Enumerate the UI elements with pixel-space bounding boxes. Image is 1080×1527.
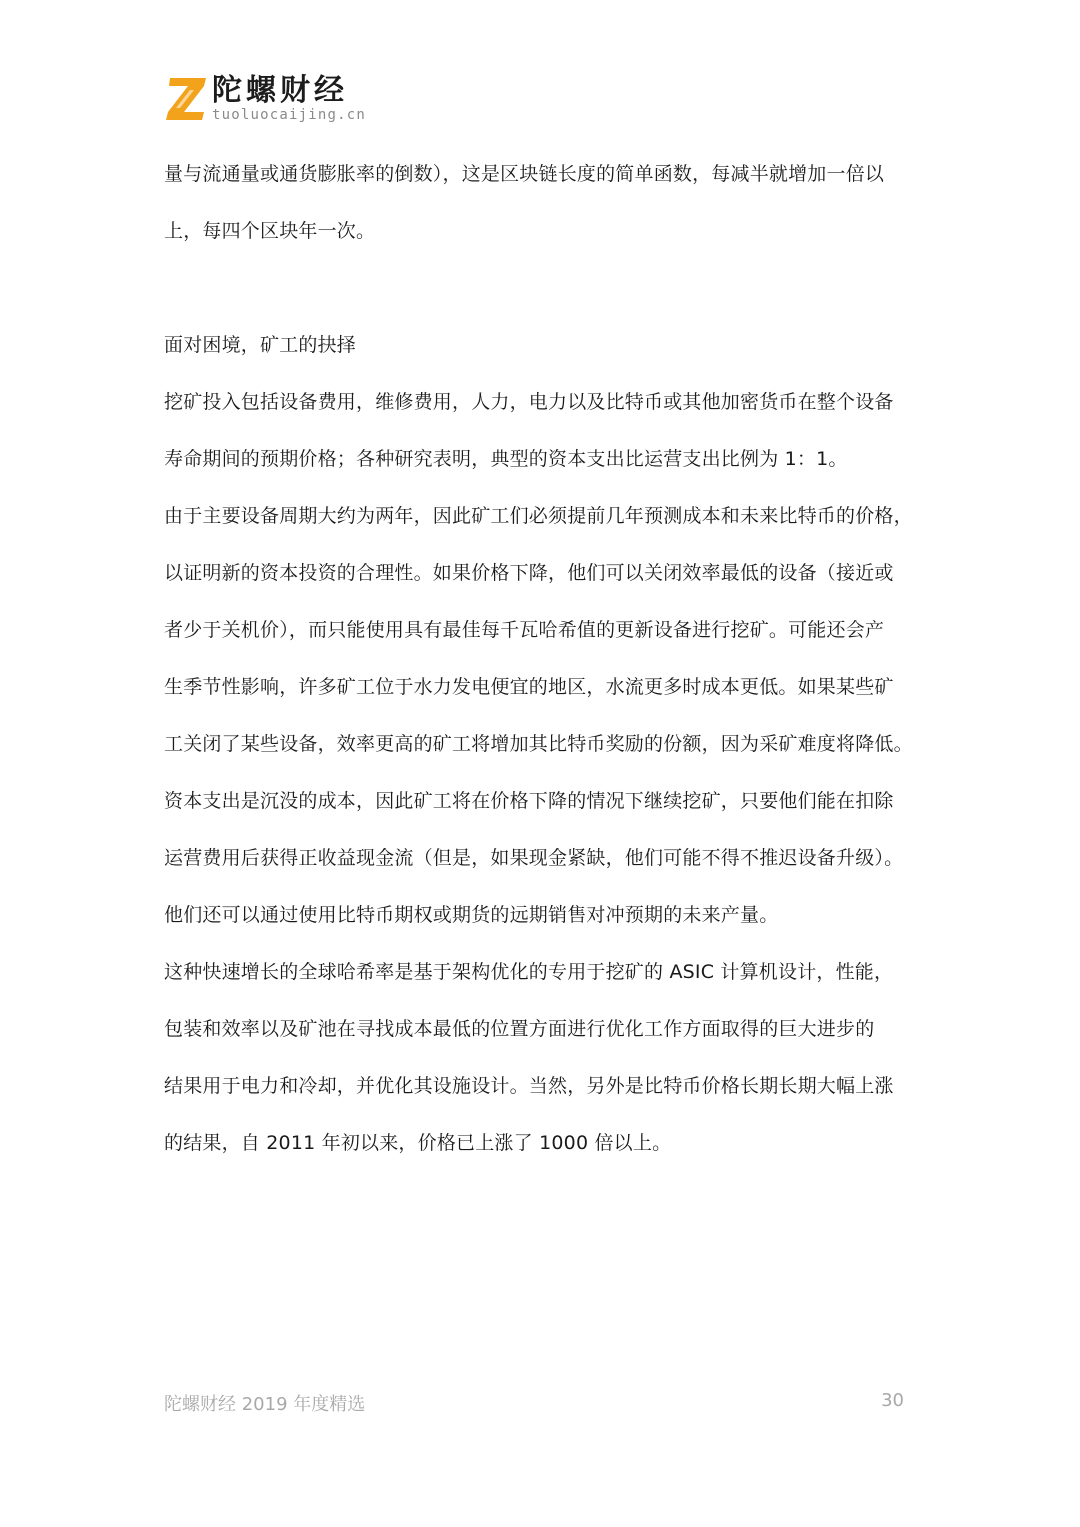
text-line: 结果用于电力和冷却，并优化其设施设计。当然，另外是比特币价格长期长期大幅上涨 [164,1058,934,1115]
text-line: 资本支出是沉没的成本，因此矿工将在价格下降的情况下继续挖矿，只要他们能在扣除 [164,773,934,830]
paragraph-3: 由于主要设备周期大约为两年，因此矿工们必须提前几年预测成本和未来比特币的价格， … [164,488,934,944]
text-line: 他们还可以通过使用比特币期权或期货的远期销售对冲预期的未来产量。 [164,887,934,944]
footer-publication: 陀螺财经 2019 年度精选 [164,1390,365,1416]
page-number: 30 [881,1390,904,1411]
logo-chinese-name: 陀螺财经 [212,75,366,107]
paragraph-4: 这种快速增长的全球哈希率是基于架构优化的专用于挖矿的 ASIC 计算机设计，性能… [164,944,934,1172]
text-line: 包装和效率以及矿池在寻找成本最低的位置方面进行优化工作方面取得的巨大进步的 [164,1001,934,1058]
paragraph-1: 量与流通量或通货膨胀率的倒数），这是区块链长度的简单函数，每减半就增加一倍以 上… [164,146,934,260]
text-line: 者少于关机价），而只能使用具有最佳每千瓦哈希值的更新设备进行挖矿。可能还会产 [164,602,934,659]
document-body: 量与流通量或通货膨胀率的倒数），这是区块链长度的简单函数，每减半就增加一倍以 上… [164,146,934,1172]
z-logo-icon [164,76,208,122]
text-line: 以证明新的资本投资的合理性。如果价格下降，他们可以关闭效率最低的设备（接近或 [164,545,934,602]
logo-text: 陀螺财经 tuoluocaijing.cn [212,75,366,123]
text-line: 由于主要设备周期大约为两年，因此矿工们必须提前几年预测成本和未来比特币的价格， [164,488,934,545]
text-line: 工关闭了某些设备，效率更高的矿工将增加其比特币奖励的份额，因为采矿难度将降低。 [164,716,934,773]
text-line: 寿命期间的预期价格；各种研究表明，典型的资本支出比运营支出比例为 1：1。 [164,431,934,488]
spacer [164,260,934,317]
text-line: 的结果，自 2011 年初以来，价格已上涨了 1000 倍以上。 [164,1115,934,1172]
text-line: 生季节性影响，许多矿工位于水力发电便宜的地区，水流更多时成本更低。如果某些矿 [164,659,934,716]
brand-logo: 陀螺财经 tuoluocaijing.cn [164,74,366,124]
logo-domain: tuoluocaijing.cn [212,107,366,123]
text-line: 挖矿投入包括设备费用，维修费用，人力，电力以及比特币或其他加密货币在整个设备 [164,374,934,431]
text-line: 运营费用后获得正收益现金流（但是，如果现金紧缺，他们可能不得不推迟设备升级）。 [164,830,934,887]
paragraph-2: 挖矿投入包括设备费用，维修费用，人力，电力以及比特币或其他加密货币在整个设备 寿… [164,374,934,488]
section-title: 面对困境，矿工的抉择 [164,317,934,374]
text-line: 这种快速增长的全球哈希率是基于架构优化的专用于挖矿的 ASIC 计算机设计，性能… [164,944,934,1001]
text-line: 上，每四个区块年一次。 [164,203,934,260]
text-line: 量与流通量或通货膨胀率的倒数），这是区块链长度的简单函数，每减半就增加一倍以 [164,146,934,203]
